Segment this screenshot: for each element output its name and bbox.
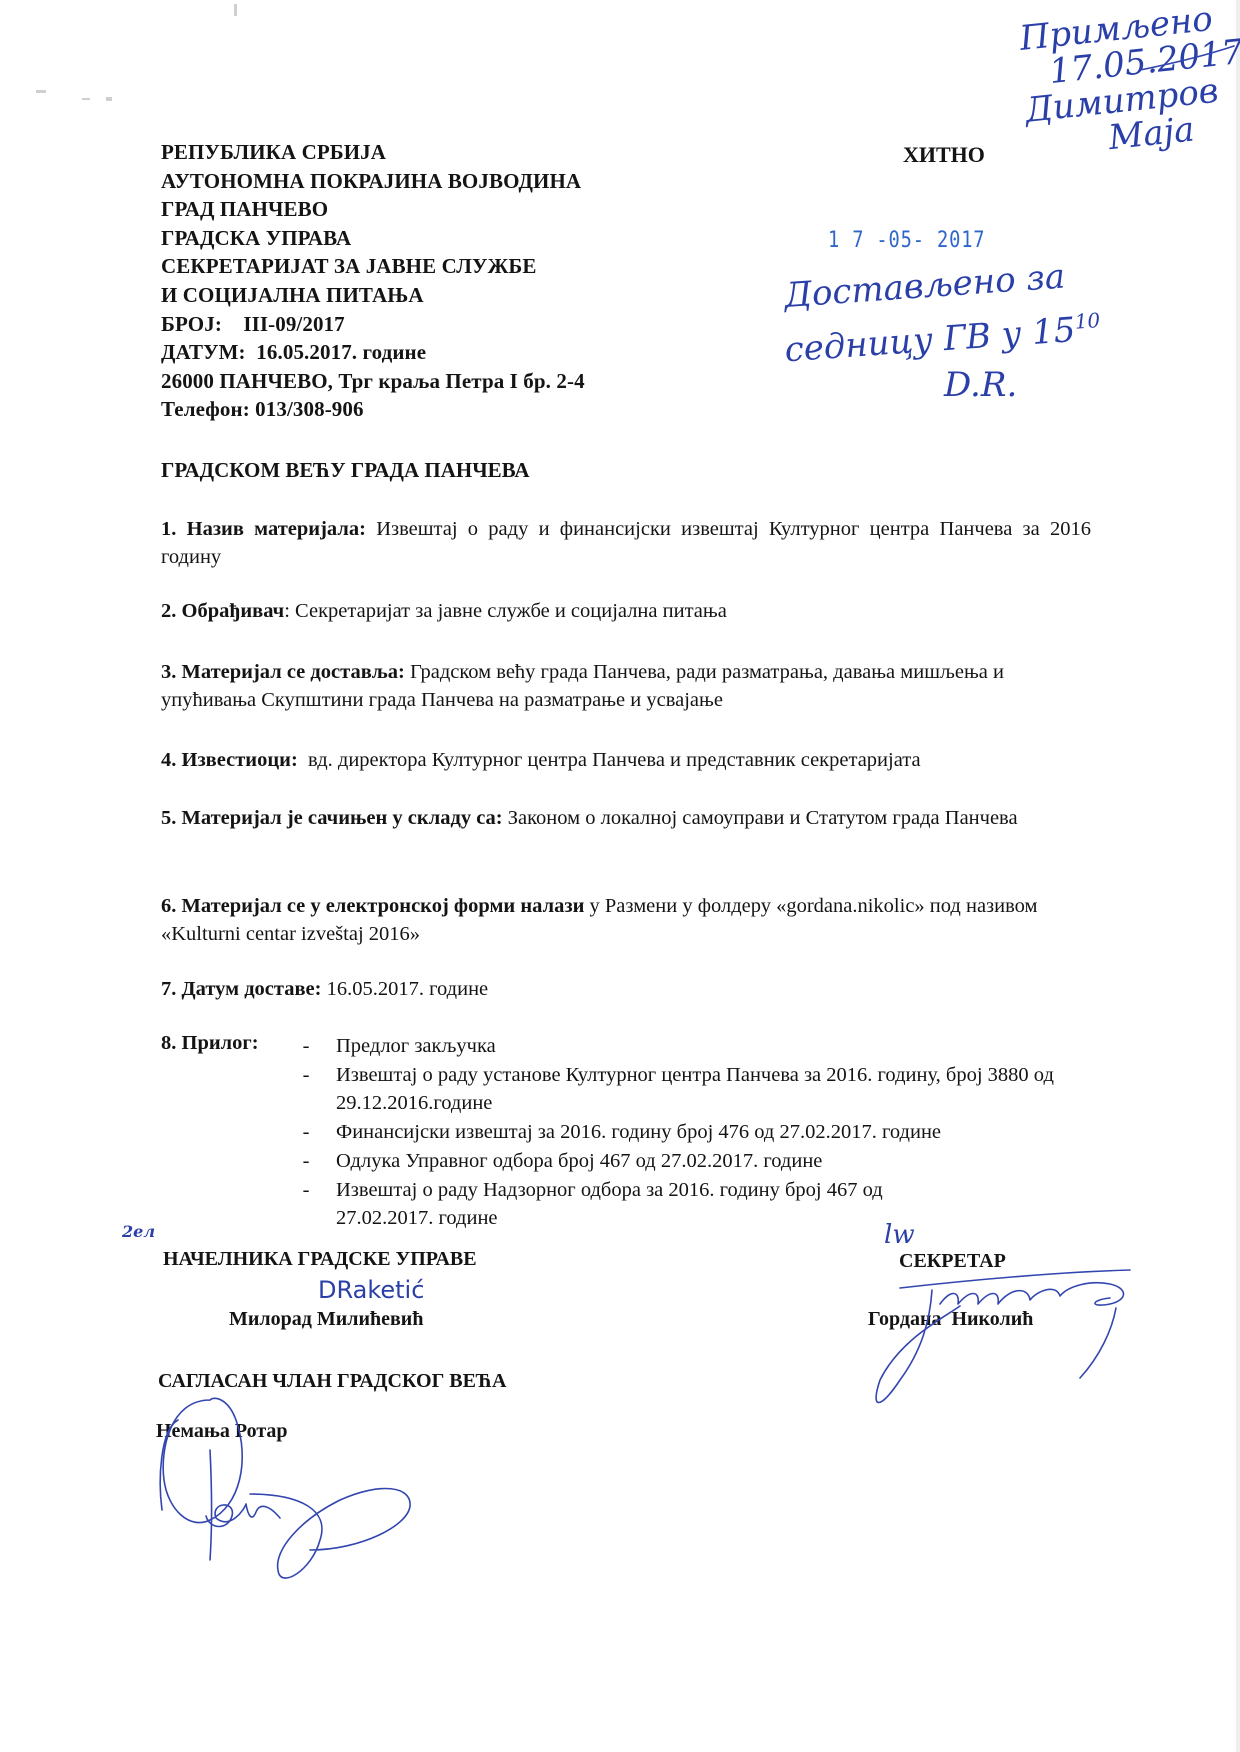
letterhead-secretariat: СЕКРЕТАРИЈАТ ЗА ЈАВНЕ СЛУЖБЕ xyxy=(161,252,585,281)
document-number: БРОЈ: III-09/2017 xyxy=(161,310,585,339)
attachment-item: - Одлука Управног одбора број 467 од 27.… xyxy=(296,1147,1096,1175)
attachment-item: - Извештај о раду установе Културног цен… xyxy=(296,1061,1096,1117)
scan-artifact xyxy=(234,4,237,16)
signature-secretary xyxy=(860,1260,1140,1420)
urgent-label: ХИТНО xyxy=(903,142,985,168)
delivered-note-minutes: 10 xyxy=(1074,308,1101,334)
handwritten-name: DRaketić xyxy=(318,1276,424,1304)
scan-artifact xyxy=(82,98,90,100)
item-label: 7. Датум доставе: xyxy=(161,978,321,1000)
item-electronic-form: 6. Материјал се у електронској форми нал… xyxy=(161,892,1091,948)
delivered-note-initials: D.R. xyxy=(944,362,1101,408)
item-label: 3. Материјал се доставља: xyxy=(161,661,405,683)
scan-artifact xyxy=(36,90,46,93)
page-edge xyxy=(1236,0,1240,1752)
initials-right: lw xyxy=(884,1220,915,1250)
signature-council-member xyxy=(140,1390,420,1610)
item-text: 16.05.2017. године xyxy=(321,978,488,1000)
phone: Телефон: 013/308-906 xyxy=(161,395,585,424)
item-text: вд. директора Културног центра Панчева и… xyxy=(298,749,921,771)
letterhead-province: АУТОНОМНА ПОКРАЈИНА ВОЈВОДИНА xyxy=(161,167,585,196)
letterhead-republic: РЕПУБЛИКА СРБИЈА xyxy=(161,138,585,167)
item-text: Законом о локалној самоуправи и Статутом… xyxy=(503,807,1018,829)
item-delivery-date: 7. Датум доставе: 16.05.2017. године xyxy=(161,975,1091,1003)
scan-artifact xyxy=(106,97,112,101)
item-rapporteurs: 4. Известиоци: вд. директора Културног ц… xyxy=(161,746,1091,774)
attachment-item: - Предлог закључка xyxy=(296,1032,1096,1060)
item-text: : Секретаријат за јавне службе и социјал… xyxy=(284,600,727,622)
letterhead-administration: ГРАДСКА УПРАВА xyxy=(161,224,585,253)
addressee: ГРАДСКОМ ВЕЋУ ГРАДА ПАНЧЕВА xyxy=(161,458,530,483)
item-material-title: 1. Назив материјала: Извештај о раду и ф… xyxy=(161,515,1091,571)
attachment-item: - Извештај о раду Надзорног одбора за 20… xyxy=(296,1176,976,1232)
item-processor: 2. Обрађивач: Секретаријат за јавне служ… xyxy=(161,597,1091,625)
received-date-stamp: 1 7 -05- 2017 xyxy=(828,228,985,253)
attachment-item: - Финансијски извештај за 2016. годину б… xyxy=(296,1118,1096,1146)
signatory-left-name: Милорад Милићевић xyxy=(229,1308,423,1331)
item-legal-basis: 5. Материјал је сачињен у складу са: Зак… xyxy=(161,804,1061,832)
letterhead-city: ГРАД ПАНЧЕВО xyxy=(161,195,585,224)
letterhead: РЕПУБЛИКА СРБИЈА АУТОНОМНА ПОКРАЈИНА ВОЈ… xyxy=(161,138,585,424)
item-label: 2. Обрађивач xyxy=(161,600,284,622)
initials-left: 2ел xyxy=(122,1222,155,1241)
signatory-left-title: НАЧЕЛНИКА ГРАДСКЕ УПРАВЕ xyxy=(163,1248,477,1271)
attachments-label: 8. Прилог: xyxy=(161,1032,259,1055)
item-delivered-to: 3. Материјал се доставља: Градском већу … xyxy=(161,658,1091,714)
letterhead-secretariat-cont: И СОЦИЈАЛНА ПИТАЊА xyxy=(161,281,585,310)
item-label: 1. Назив материјала: xyxy=(161,518,366,540)
item-label: 6. Материјал се у електронској форми нал… xyxy=(161,895,584,917)
item-label: 5. Материјал је сачињен у складу са: xyxy=(161,807,503,829)
document-date: ДАТУМ: 16.05.2017. године xyxy=(161,338,585,367)
received-note: Примљено 17.05.2017. Димитров Маја xyxy=(1010,0,1240,165)
delivered-note: Достављено за седницу ГВ у 1510 D.R. xyxy=(784,262,1101,408)
received-note-underline xyxy=(1040,40,1240,80)
item-label: 4. Известиоци: xyxy=(161,749,298,771)
address: 26000 ПАНЧЕВО, Трг краља Петра I бр. 2-4 xyxy=(161,367,585,396)
attachments-list: - Предлог закључка - Извештај о раду уст… xyxy=(296,1032,1096,1232)
